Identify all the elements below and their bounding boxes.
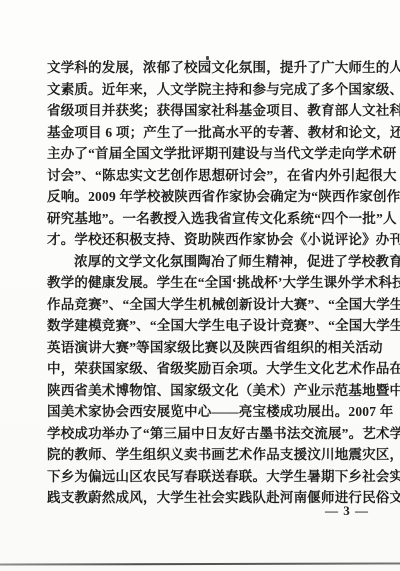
text-line: 省级项目并获奖；获得国家社科基金项目、教育部人文社科 — [47, 100, 368, 122]
text-line: 下乡为偏远山区农民写春联送春联。大学生暑期下乡社会实 — [47, 466, 368, 488]
text-line-paragraph-start: 浓厚的文学文化氛围陶冶了师生精神，促进了学校教育 — [47, 251, 368, 273]
text-line: 英语演讲大赛”等国家级比赛以及陕西省组织的相关活动 — [47, 337, 368, 359]
text-line: 研究基地”。一名教授入选我省宣传文化系统“四个一批”人 — [47, 208, 368, 230]
text-line: 才。学校还积极支持、资助陕西作家协会《小说评论》办刊。 — [47, 229, 368, 251]
text-line: 文学科的发展，浓郁了校园文化氛围，提升了广大师生的人 — [47, 57, 368, 79]
text-line: 中，荣获国家级、省级奖励百余项。大学生文化艺术作品在 — [47, 358, 368, 380]
text-line: 作品竞赛”、“全国大学生机械创新设计大赛”、“全国大学生 — [47, 294, 368, 316]
body-text: 文学科的发展，浓郁了校园文化氛围，提升了广大师生的人 文素质。近年来，人文学院主… — [47, 57, 368, 509]
page-edge-shadow — [0, 562, 400, 565]
scanned-document-page: 文学科的发展，浓郁了校园文化氛围，提升了广大师生的人 文素质。近年来，人文学院主… — [0, 0, 400, 571]
text-line: 基金项目 6 项；产生了一批高水平的专著、教材和论文，还 — [47, 122, 368, 144]
text-line: 教学的健康发展。学生在“全国‘挑战杯’大学生课外学术科技 — [47, 272, 368, 294]
text-line: 讨会”、“陈忠实文艺创作思想研讨会”，在省内外引起很大 — [47, 165, 368, 187]
text-line: 主办了“首届全国文学批评期刊建设与当代文学走向学术研 — [47, 143, 368, 165]
text-line: 陕西省美术博物馆、国家级文化（美术）产业示范基地暨中 — [47, 380, 368, 402]
text-line: 学校成功举办了“第三届中日友好古墨书法交流展”。艺术学 — [47, 423, 368, 445]
text-line: 国美术家协会西安展览中心——亮宝楼成功展出。2007 年 — [47, 401, 368, 423]
text-line: 文素质。近年来，人文学院主持和参与完成了多个国家级、 — [47, 79, 368, 101]
text-line: 数学建模竞赛”、“全国大学生电子设计竞赛”、“全国大学生 — [47, 315, 368, 337]
text-line: 院的教师、学生组织义卖书画艺术作品支援汶川地震灾区， — [47, 444, 368, 466]
page-number: — 3 — — [325, 503, 369, 519]
text-line: 反响。2009 年学校被陕西省作家协会确定为“陕西作家创作 — [47, 186, 368, 208]
text-line: 践支教蔚然成风，大学生社会实践队赴河南偃师进行民俗文 — [47, 487, 368, 509]
